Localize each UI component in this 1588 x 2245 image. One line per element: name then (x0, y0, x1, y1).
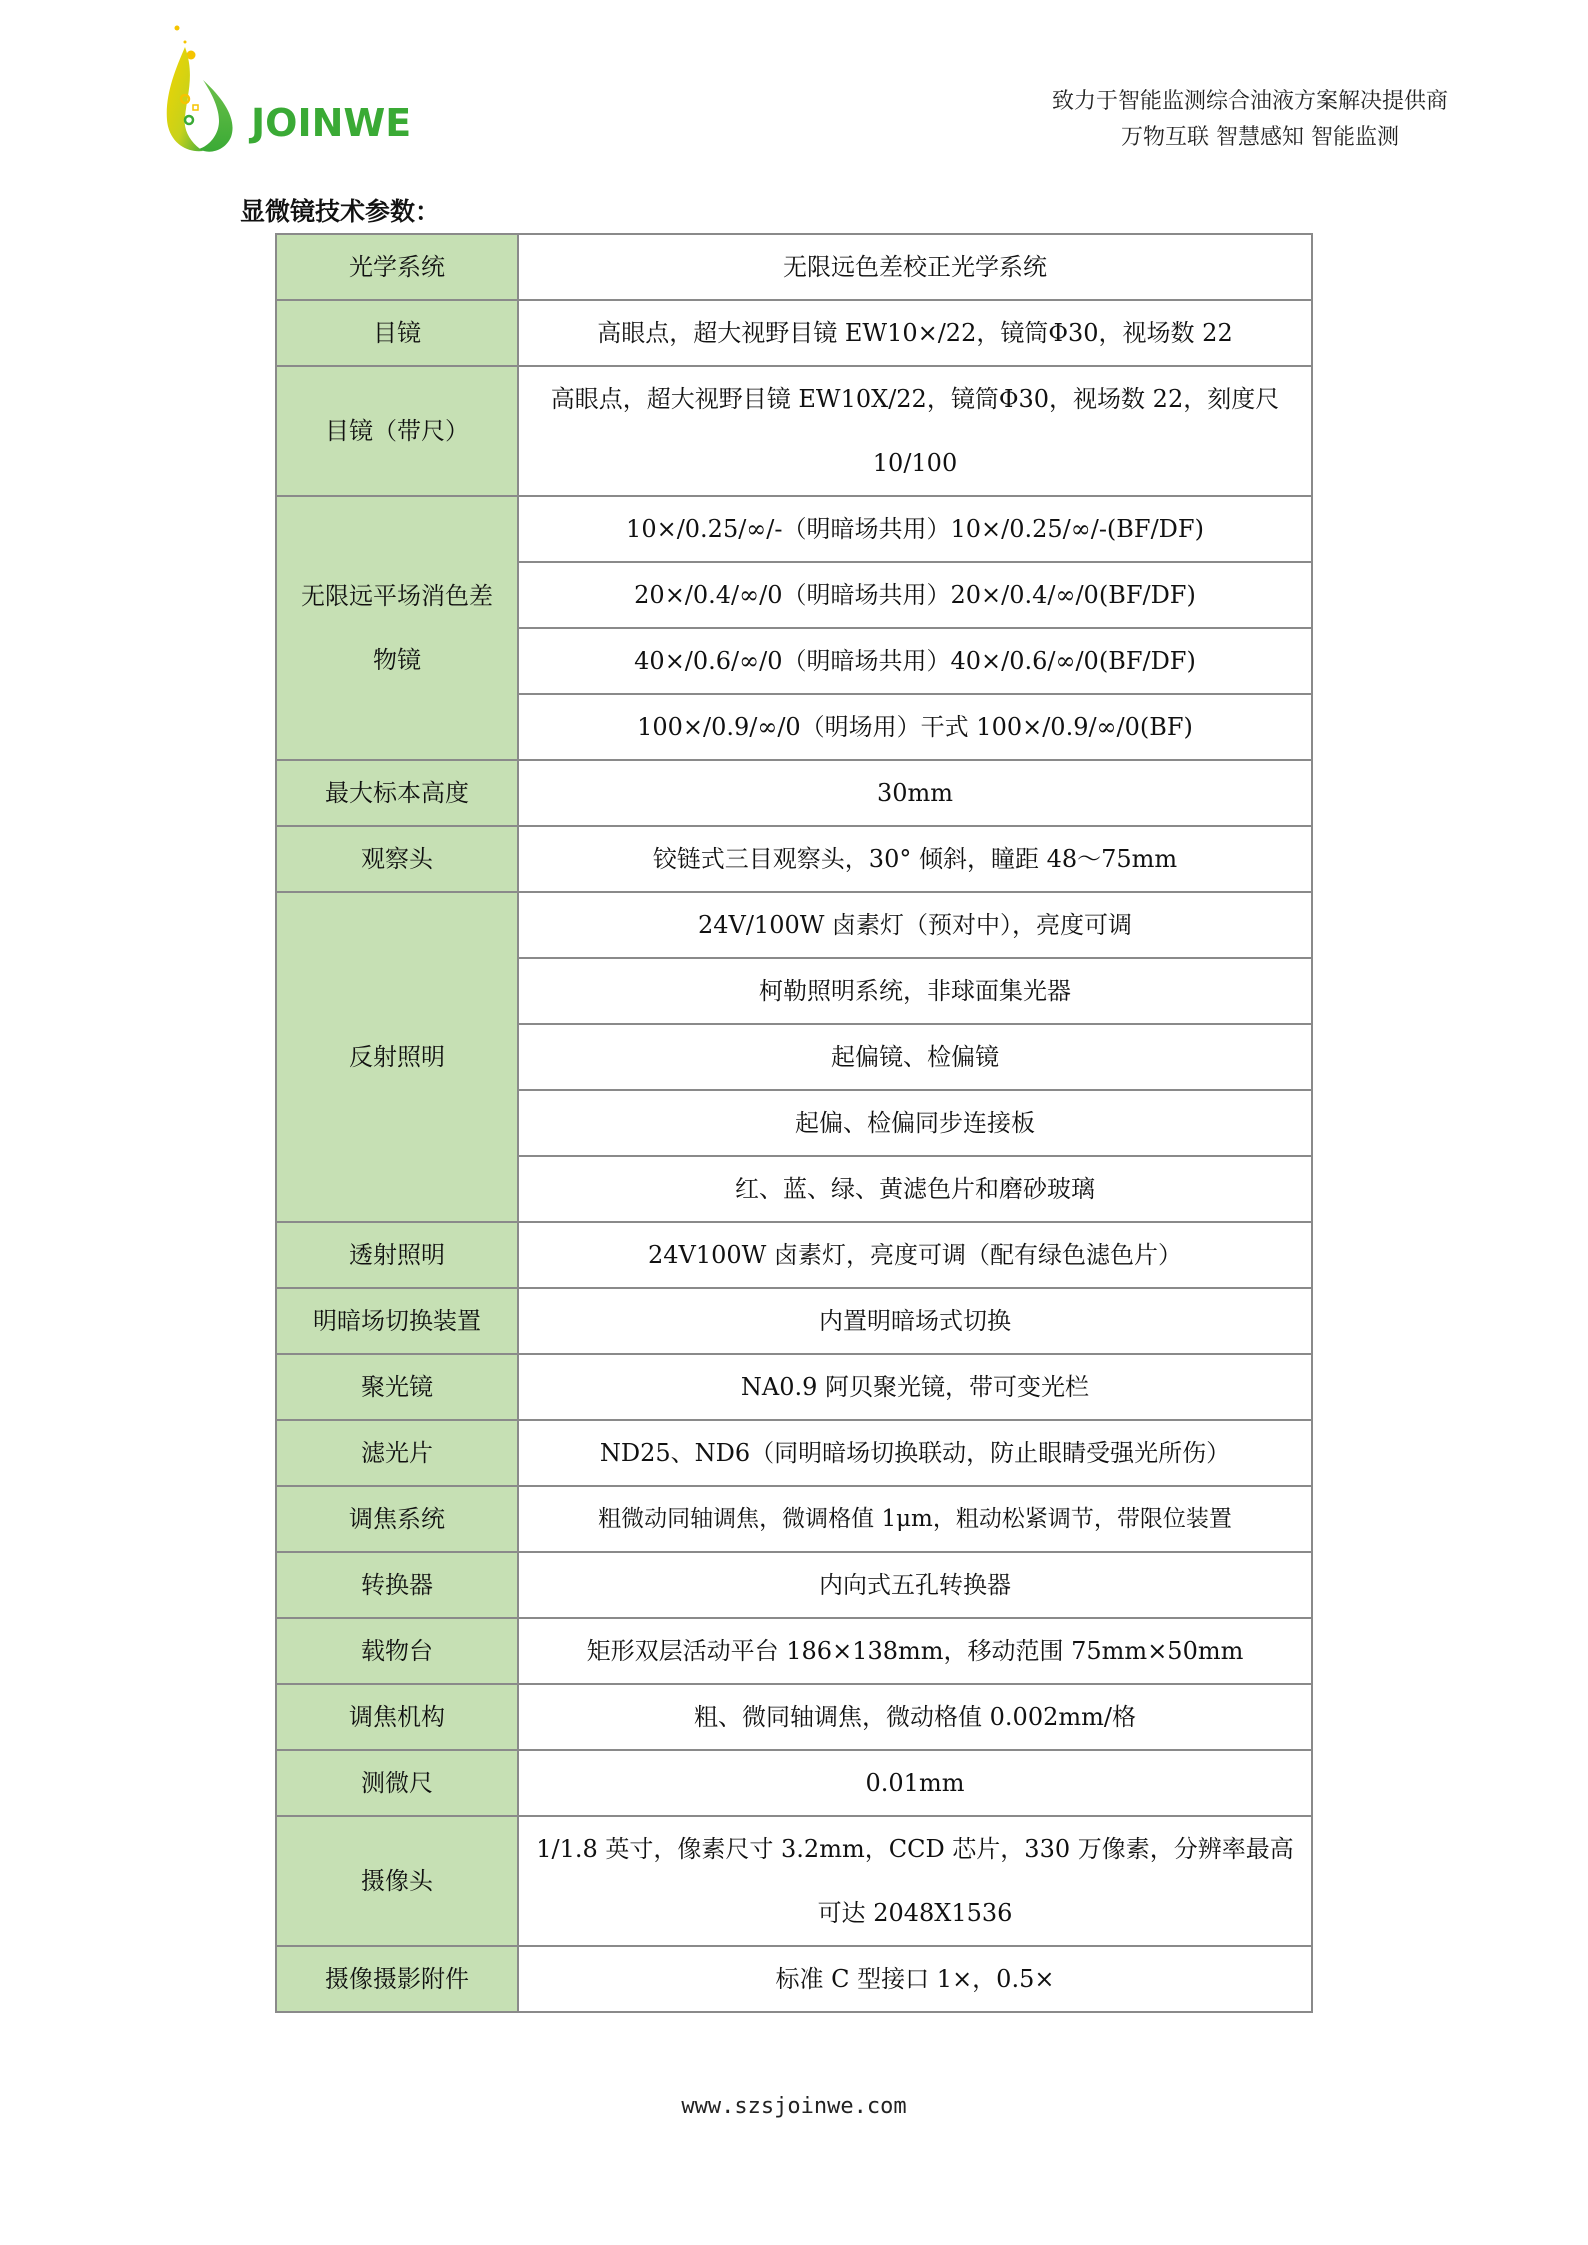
spec-value: 24V100W 卤素灯，亮度可调（配有绿色滤色片） (518, 1222, 1312, 1288)
spec-label: 透射照明 (276, 1222, 518, 1288)
tagline-line-1: 致力于智能监测综合油液方案解决提供商 (1052, 84, 1448, 120)
spec-value: 粗、微同轴调焦，微动格值 0.002mm/格 (518, 1684, 1312, 1750)
spec-value: 高眼点，超大视野目镜 EW10×/22，镜筒Φ30，视场数 22 (518, 300, 1312, 366)
spec-label: 调焦系统 (276, 1486, 518, 1552)
spec-value: 内向式五孔转换器 (518, 1552, 1312, 1618)
spec-value: 无限远色差校正光学系统 (518, 234, 1312, 300)
spec-value: 内置明暗场式切换 (518, 1288, 1312, 1354)
spec-label: 聚光镜 (276, 1354, 518, 1420)
spec-label: 光学系统 (276, 234, 518, 300)
spec-label: 最大标本高度 (276, 760, 518, 826)
table-row: 摄像摄影附件 标准 C 型接口 1×，0.5× (276, 1946, 1312, 2012)
spec-value: 20×/0.4/∞/0（明暗场共用）20×/0.4/∞/0(BF/DF) (518, 562, 1312, 628)
spec-label: 转换器 (276, 1552, 518, 1618)
table-row: 目镜 高眼点，超大视野目镜 EW10×/22，镜筒Φ30，视场数 22 (276, 300, 1312, 366)
spec-value: 红、蓝、绿、黄滤色片和磨砂玻璃 (518, 1156, 1312, 1222)
table-row: 聚光镜 NA0.9 阿贝聚光镜，带可变光栏 (276, 1354, 1312, 1420)
spec-label: 摄像摄影附件 (276, 1946, 518, 2012)
spec-value: 标准 C 型接口 1×，0.5× (518, 1946, 1312, 2012)
spec-value: 矩形双层活动平台 186×138mm，移动范围 75mm×50mm (518, 1618, 1312, 1684)
oil-drop-logo-icon (165, 25, 240, 153)
spec-value: 高眼点，超大视野目镜 EW10X/22，镜筒Φ30，视场数 22，刻度尺 10/… (518, 366, 1312, 496)
table-row: 最大标本高度 30mm (276, 760, 1312, 826)
table-row: 观察头 铰链式三目观察头，30° 倾斜，瞳距 48～75mm (276, 826, 1312, 892)
table-row: 调焦系统 粗微动同轴调焦，微调格值 1μm，粗动松紧调节，带限位装置 (276, 1486, 1312, 1552)
table-row: 摄像头 1/1.8 英寸，像素尺寸 3.2mm，CCD 芯片，330 万像素，分… (276, 1816, 1312, 1946)
spec-label: 载物台 (276, 1618, 518, 1684)
table-row: 无限远平场消色差物镜 10×/0.25/∞/-（明暗场共用）10×/0.25/∞… (276, 496, 1312, 562)
spec-value: NA0.9 阿贝聚光镜，带可变光栏 (518, 1354, 1312, 1420)
spec-value: 1/1.8 英寸，像素尺寸 3.2mm，CCD 芯片，330 万像素，分辨率最高… (518, 1816, 1312, 1946)
table-row: 光学系统 无限远色差校正光学系统 (276, 234, 1312, 300)
specs-table: 光学系统 无限远色差校正光学系统 目镜 高眼点，超大视野目镜 EW10×/22，… (275, 233, 1313, 2013)
logo-wordmark: JOINWE (251, 101, 411, 145)
spec-value: 起偏、检偏同步连接板 (518, 1090, 1312, 1156)
header-tagline: 致力于智能监测综合油液方案解决提供商 万物互联 智慧感知 智能监测 (1052, 84, 1448, 156)
spec-value: 铰链式三目观察头，30° 倾斜，瞳距 48～75mm (518, 826, 1312, 892)
table-row: 目镜（带尺） 高眼点，超大视野目镜 EW10X/22，镜筒Φ30，视场数 22，… (276, 366, 1312, 496)
spec-label: 摄像头 (276, 1816, 518, 1946)
section-title: 显微镜技术参数： (240, 192, 440, 228)
table-row: 转换器 内向式五孔转换器 (276, 1552, 1312, 1618)
spec-value: 粗微动同轴调焦，微调格值 1μm，粗动松紧调节，带限位装置 (518, 1486, 1312, 1552)
spec-value: 24V/100W 卤素灯（预对中），亮度可调 (518, 892, 1312, 958)
spec-label: 明暗场切换装置 (276, 1288, 518, 1354)
table-row: 测微尺 0.01mm (276, 1750, 1312, 1816)
spec-label: 目镜 (276, 300, 518, 366)
table-row: 明暗场切换装置 内置明暗场式切换 (276, 1288, 1312, 1354)
spec-value: 100×/0.9/∞/0（明场用）干式 100×/0.9/∞/0(BF) (518, 694, 1312, 760)
tagline-line-2: 万物互联 智慧感知 智能监测 (1052, 120, 1448, 156)
spec-label: 观察头 (276, 826, 518, 892)
company-logo: JOINWE (165, 25, 435, 155)
spec-label: 反射照明 (276, 892, 518, 1222)
spec-value: 0.01mm (518, 1750, 1312, 1816)
spec-label: 目镜（带尺） (276, 366, 518, 496)
table-row: 调焦机构 粗、微同轴调焦，微动格值 0.002mm/格 (276, 1684, 1312, 1750)
spec-value: ND25、ND6（同明暗场切换联动，防止眼睛受强光所伤） (518, 1420, 1312, 1486)
spec-label: 测微尺 (276, 1750, 518, 1816)
spec-label: 无限远平场消色差物镜 (276, 496, 518, 760)
spec-label: 调焦机构 (276, 1684, 518, 1750)
spec-label: 滤光片 (276, 1420, 518, 1486)
table-row: 载物台 矩形双层活动平台 186×138mm，移动范围 75mm×50mm (276, 1618, 1312, 1684)
spec-value: 起偏镜、检偏镜 (518, 1024, 1312, 1090)
table-row: 滤光片 ND25、ND6（同明暗场切换联动，防止眼睛受强光所伤） (276, 1420, 1312, 1486)
spec-value: 10×/0.25/∞/-（明暗场共用）10×/0.25/∞/-(BF/DF) (518, 496, 1312, 562)
spec-value: 柯勒照明系统，非球面集光器 (518, 958, 1312, 1024)
table-row: 反射照明 24V/100W 卤素灯（预对中），亮度可调 (276, 892, 1312, 958)
footer-website: www.szsjoinwe.com (0, 2094, 1588, 2119)
table-row: 透射照明 24V100W 卤素灯，亮度可调（配有绿色滤色片） (276, 1222, 1312, 1288)
spec-value: 40×/0.6/∞/0（明暗场共用）40×/0.6/∞/0(BF/DF) (518, 628, 1312, 694)
spec-value: 30mm (518, 760, 1312, 826)
